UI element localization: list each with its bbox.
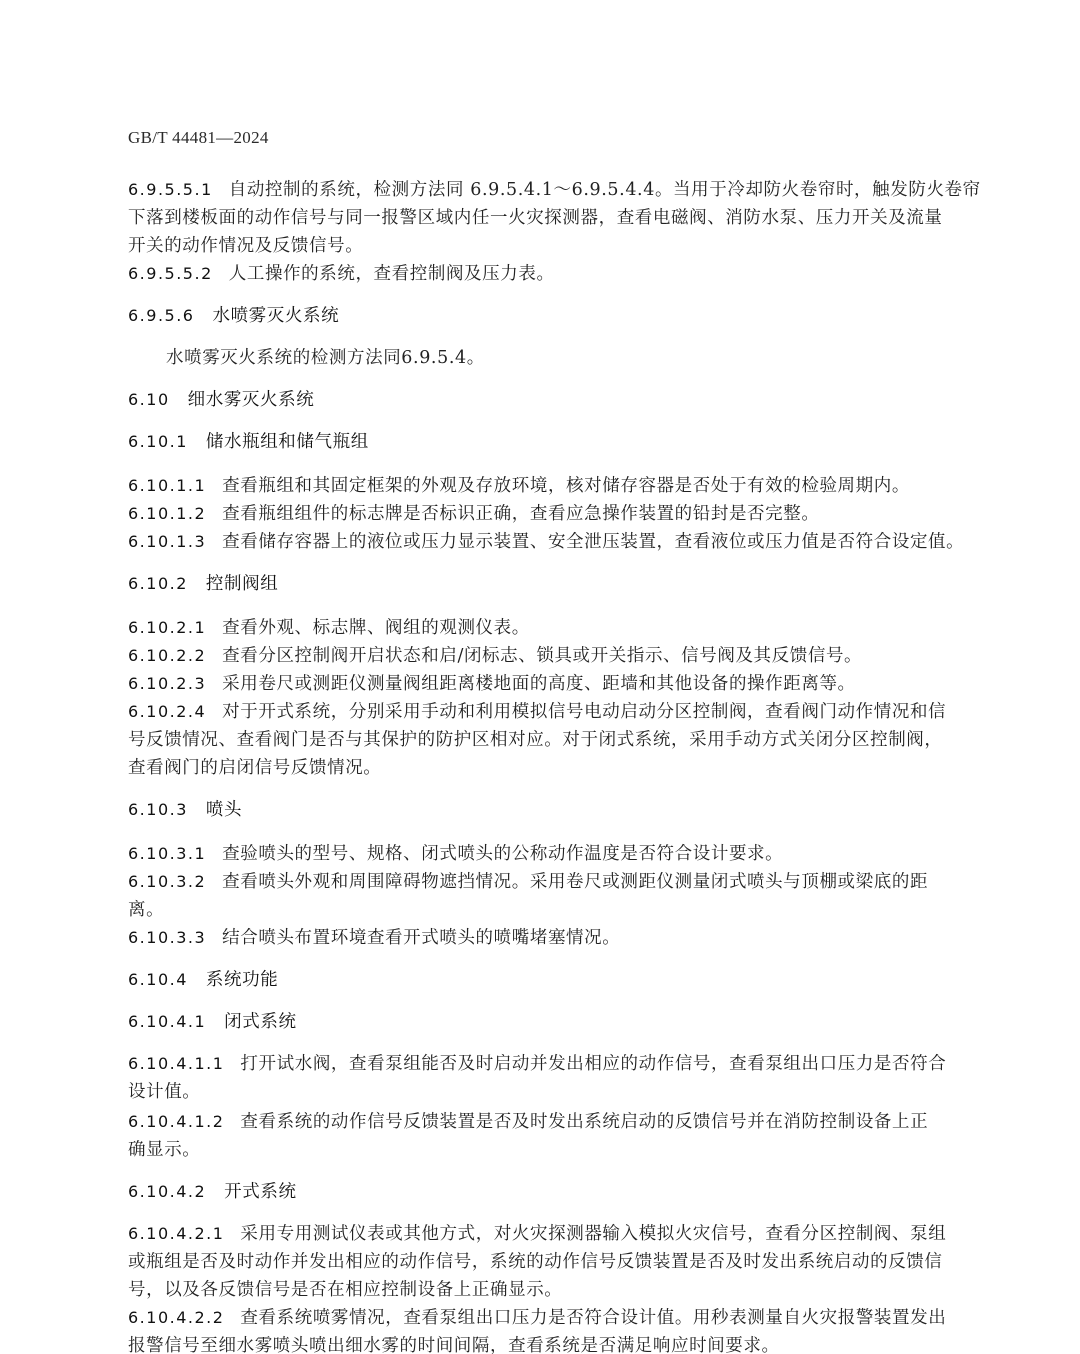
paragraph-line: 下落到楼板面的动作信号与同一报警区域内任一火灾探测器，查看电磁阀、消防水泵、压力… (128, 204, 978, 232)
clause-number: 6.10.3.2 (128, 872, 206, 891)
clause-text: 开关的动作情况及反馈信号。 (128, 236, 363, 256)
clause-text: 下落到楼板面的动作信号与同一报警区域内任一火灾探测器，查看电磁阀、消防水泵、压力… (128, 208, 943, 228)
section-heading: 6.10.4.1闭式系统 (128, 1008, 978, 1036)
section-heading: 6.10.2控制阀组 (128, 570, 978, 598)
standard-number-header: GB/T 44481—2024 (128, 128, 269, 148)
clause-number: 6.9.5.5.2 (128, 264, 213, 283)
clause-number: 6.10.2.3 (128, 674, 206, 693)
paragraph-line: 号反馈情况、查看阀门是否与其保护的防护区相对应。对于闭式系统，采用手动方式关闭分… (128, 726, 978, 754)
clause-text: 水喷雾灭火系统的检测方法同6.9.5.4。 (166, 348, 485, 368)
heading-text: 水喷雾灭火系统 (212, 306, 339, 326)
clause-number: 6.9.5.6 (128, 306, 194, 325)
clause-text: 采用专用测试仪表或其他方式，对火灾探测器输入模拟火灾信号，查看分区控制阀、泵组 (240, 1224, 946, 1244)
clause-text: 自动控制的系统，检测方法同 6.9.5.4.1～6.9.5.4.4。当用于冷却防… (229, 180, 981, 200)
section-heading: 6.9.5.6水喷雾灭火系统 (128, 302, 978, 330)
paragraph-line: 或瓶组是否及时动作并发出相应的动作信号，系统的动作信号反馈装置是否及时发出系统启… (128, 1248, 978, 1276)
heading-text: 开式系统 (224, 1182, 296, 1202)
clause-number: 6.10.2 (128, 574, 188, 593)
clause-text: 查看储存容器上的液位或压力显示装置、安全泄压装置，查看液位或压力值是否符合设定值… (222, 532, 964, 552)
clause-text: 查看瓶组组件的标志牌是否标识正确，查看应急操作装置的铅封是否完整。 (222, 504, 819, 524)
clause-number: 6.10.4.1 (128, 1012, 206, 1031)
heading-text: 系统功能 (206, 970, 278, 990)
clause-number: 6.10.1.2 (128, 504, 206, 523)
clause-number: 6.10.2.4 (128, 702, 206, 721)
paragraph-line: 6.10.2.1查看外观、标志牌、阀组的观测仪表。 (128, 614, 978, 642)
section-heading: 6.10.4系统功能 (128, 966, 978, 994)
clause-number: 6.10.3.3 (128, 928, 206, 947)
clause-text: 采用卷尺或测距仪测量阀组距离楼地面的高度、距墙和其他设备的操作距离等。 (222, 674, 856, 694)
paragraph-line: 报警信号至细水雾喷头喷出细水雾的时间间隔，查看系统是否满足响应时间要求。 (128, 1332, 978, 1354)
clause-text: 查看系统喷雾情况，查看泵组出口压力是否符合设计值。用秒表测量自火灾报警装置发出 (240, 1308, 946, 1328)
clause-number: 6.10.2.1 (128, 618, 206, 637)
paragraph-line: 设计值。 (128, 1078, 978, 1106)
clause-text: 查看分区控制阀开启状态和启/闭标志、锁具或开关指示、信号阀及其反馈信号。 (222, 646, 862, 666)
clause-text: 设计值。 (128, 1082, 200, 1102)
paragraph-line: 开关的动作情况及反馈信号。 (128, 232, 978, 260)
clause-text: 查看阀门的启闭信号反馈情况。 (128, 758, 381, 778)
heading-text: 闭式系统 (224, 1012, 296, 1032)
clause-text: 查验喷头的型号、规格、闭式喷头的公称动作温度是否符合设计要求。 (222, 844, 783, 864)
paragraph-line: 6.10.2.3采用卷尺或测距仪测量阀组距离楼地面的高度、距墙和其他设备的操作距… (128, 670, 978, 698)
paragraph-line: 6.10.1.1查看瓶组和其固定框架的外观及存放环境，核对储存容器是否处于有效的… (128, 472, 978, 500)
clause-number: 6.10.1.1 (128, 476, 206, 495)
clause-number: 6.10.4 (128, 970, 188, 989)
section-heading: 6.10.3喷头 (128, 796, 978, 824)
paragraph-line: 6.9.5.5.1自动控制的系统，检测方法同 6.9.5.4.1～6.9.5.4… (128, 176, 978, 204)
heading-text: 控制阀组 (206, 574, 278, 594)
paragraph-line: 6.10.4.2.2查看系统喷雾情况，查看泵组出口压力是否符合设计值。用秒表测量… (128, 1304, 978, 1332)
paragraph-line: 6.9.5.5.2人工操作的系统，查看控制阀及压力表。 (128, 260, 978, 288)
clause-number: 6.10 (128, 390, 170, 409)
paragraph-line: 6.10.2.2查看分区控制阀开启状态和启/闭标志、锁具或开关指示、信号阀及其反… (128, 642, 978, 670)
paragraph-line: 6.10.1.3查看储存容器上的液位或压力显示装置、安全泄压装置，查看液位或压力… (128, 528, 978, 556)
clause-number: 6.10.4.2 (128, 1182, 206, 1201)
paragraph-line: 6.10.3.1查验喷头的型号、规格、闭式喷头的公称动作温度是否符合设计要求。 (128, 840, 978, 868)
clause-number: 6.10.4.1.2 (128, 1112, 224, 1131)
heading-text: 细水雾灭火系统 (188, 390, 315, 410)
paragraph-line: 6.10.2.4对于开式系统，分别采用手动和利用模拟信号电动启动分区控制阀，查看… (128, 698, 978, 726)
clause-text: 打开试水阀，查看泵组能否及时启动并发出相应的动作信号，查看泵组出口压力是否符合 (240, 1054, 946, 1074)
clause-number: 6.9.5.5.1 (128, 180, 213, 199)
clause-number: 6.10.2.2 (128, 646, 206, 665)
clause-number: 6.10.3.1 (128, 844, 206, 863)
paragraph-line: 6.10.4.1.2查看系统的动作信号反馈装置是否及时发出系统启动的反馈信号并在… (128, 1108, 978, 1136)
document-page: GB/T 44481—2024 6.9.5.5.1自动控制的系统，检测方法同 6… (0, 0, 1080, 1354)
clause-text: 号，以及各反馈信号是否在相应控制设备上正确显示。 (128, 1280, 562, 1300)
paragraph-line: 水喷雾灭火系统的检测方法同6.9.5.4。 (166, 344, 1016, 372)
section-heading: 6.10.1储水瓶组和储气瓶组 (128, 428, 978, 456)
clause-text: 报警信号至细水雾喷头喷出细水雾的时间间隔，查看系统是否满足响应时间要求。 (128, 1336, 780, 1354)
clause-text: 查看瓶组和其固定框架的外观及存放环境，核对储存容器是否处于有效的检验周期内。 (222, 476, 910, 496)
clause-text: 查看喷头外观和周围障碍物遮挡情况。采用卷尺或测距仪测量闭式喷头与顶棚或梁底的距 (222, 872, 928, 892)
paragraph-line: 号，以及各反馈信号是否在相应控制设备上正确显示。 (128, 1276, 978, 1304)
clause-text: 对于开式系统，分别采用手动和利用模拟信号电动启动分区控制阀，查看阀门动作情况和信 (222, 702, 946, 722)
clause-number: 6.10.1 (128, 432, 188, 451)
clause-text: 确显示。 (128, 1140, 200, 1160)
clause-number: 6.10.4.2.1 (128, 1224, 224, 1243)
paragraph-line: 离。 (128, 896, 978, 924)
clause-number: 6.10.3 (128, 800, 188, 819)
clause-number: 6.10.4.2.2 (128, 1308, 224, 1327)
clause-text: 查看外观、标志牌、阀组的观测仪表。 (222, 618, 530, 638)
clause-text: 结合喷头布置环境查看开式喷头的喷嘴堵塞情况。 (222, 928, 620, 948)
paragraph-line: 查看阀门的启闭信号反馈情况。 (128, 754, 978, 782)
clause-number: 6.10.4.1.1 (128, 1054, 224, 1073)
paragraph-line: 6.10.4.2.1采用专用测试仪表或其他方式，对火灾探测器输入模拟火灾信号，查… (128, 1220, 978, 1248)
paragraph-line: 6.10.4.1.1打开试水阀，查看泵组能否及时启动并发出相应的动作信号，查看泵… (128, 1050, 978, 1078)
clause-text: 人工操作的系统，查看控制阀及压力表。 (229, 264, 555, 284)
paragraph-line: 6.10.1.2查看瓶组组件的标志牌是否标识正确，查看应急操作装置的铅封是否完整… (128, 500, 978, 528)
clause-text: 号反馈情况、查看阀门是否与其保护的防护区相对应。对于闭式系统，采用手动方式关闭分… (128, 730, 943, 750)
clause-text: 或瓶组是否及时动作并发出相应的动作信号，系统的动作信号反馈装置是否及时发出系统启… (128, 1252, 943, 1272)
section-heading: 6.10细水雾灭火系统 (128, 386, 978, 414)
paragraph-line: 6.10.3.2查看喷头外观和周围障碍物遮挡情况。采用卷尺或测距仪测量闭式喷头与… (128, 868, 978, 896)
clause-number: 6.10.1.3 (128, 532, 206, 551)
paragraph-line: 6.10.3.3结合喷头布置环境查看开式喷头的喷嘴堵塞情况。 (128, 924, 978, 952)
heading-text: 储水瓶组和储气瓶组 (206, 432, 369, 452)
clause-text: 查看系统的动作信号反馈装置是否及时发出系统启动的反馈信号并在消防控制设备上正 (240, 1112, 928, 1132)
section-heading: 6.10.4.2开式系统 (128, 1178, 978, 1206)
clause-text: 离。 (128, 900, 164, 920)
paragraph-line: 确显示。 (128, 1136, 978, 1164)
heading-text: 喷头 (206, 800, 242, 820)
